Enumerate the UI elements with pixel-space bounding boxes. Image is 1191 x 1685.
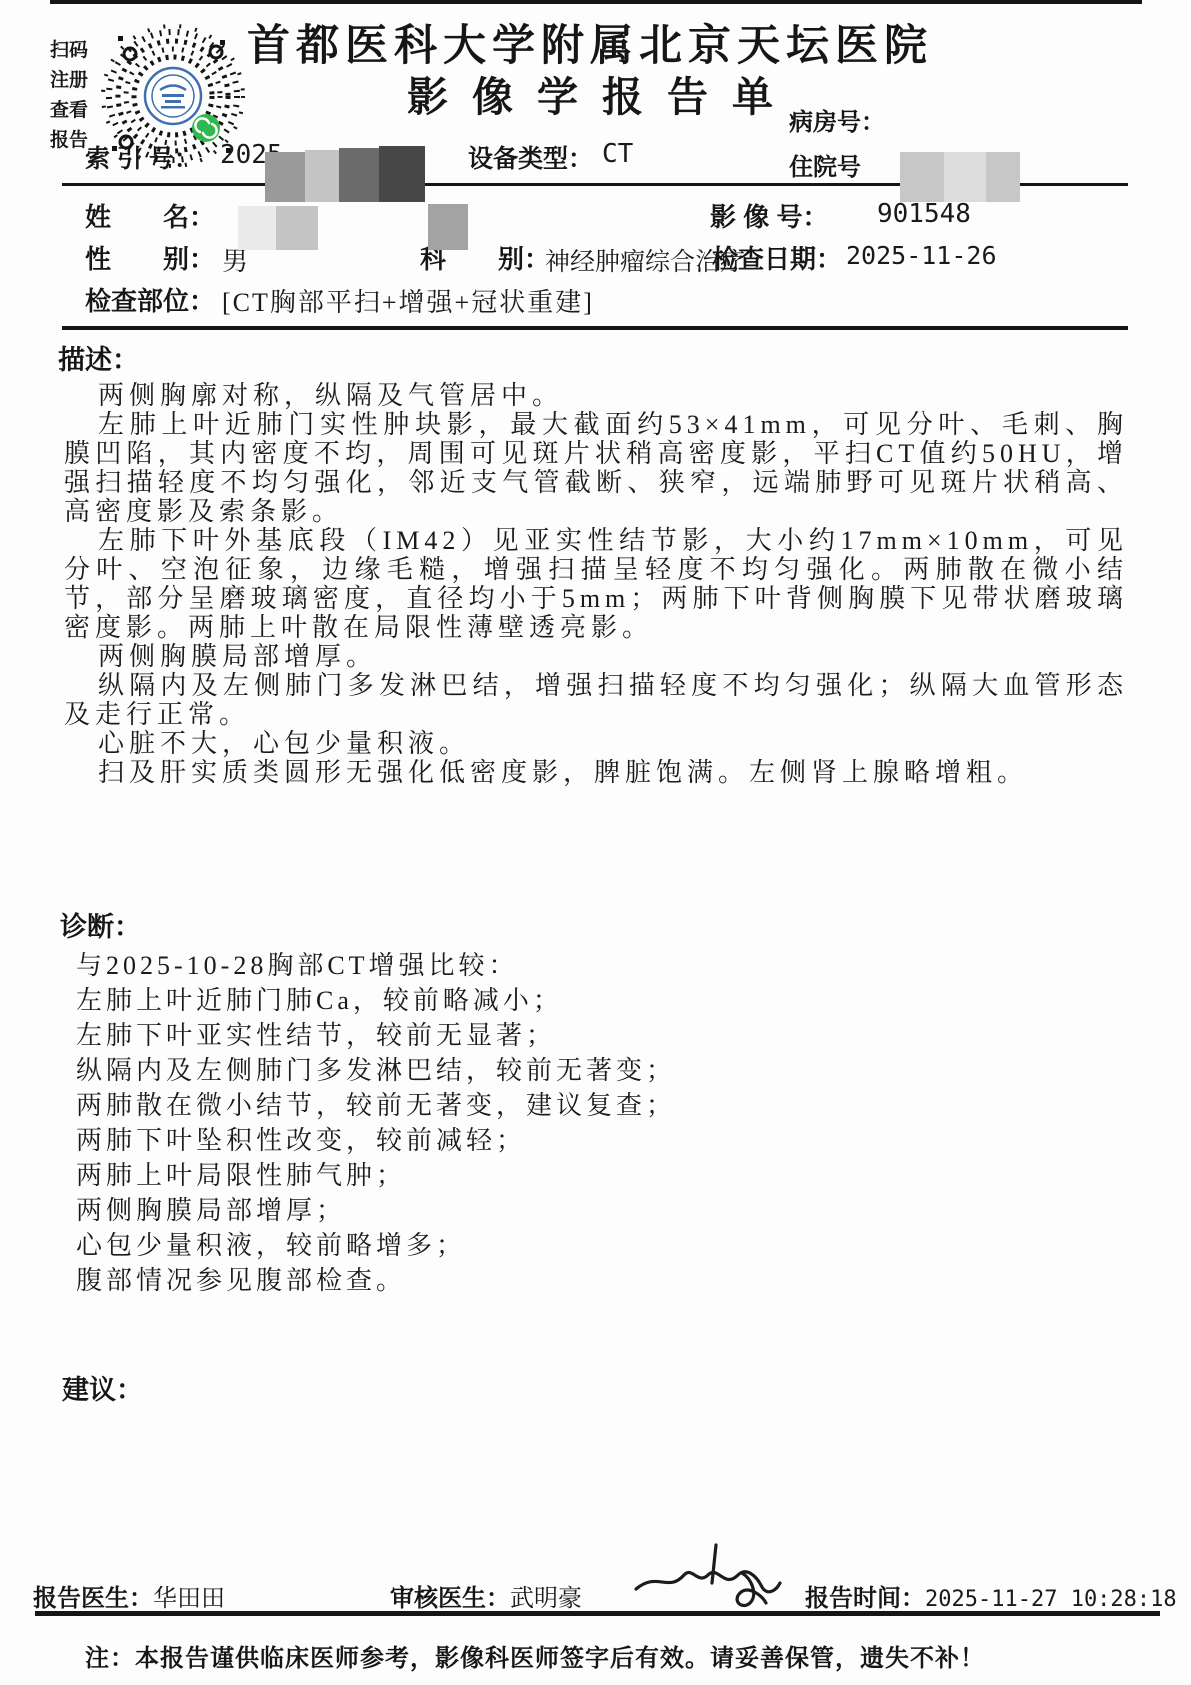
- redaction-block: [428, 204, 468, 250]
- report-time: 报告时间：2025-11-27 10:28:18: [805, 1578, 1177, 1613]
- description-paragraph: 两侧胸廓对称，纵隔及气管居中。: [64, 381, 1128, 410]
- section-separator-line: [62, 326, 1128, 330]
- hospital-seal-icon: [145, 68, 201, 124]
- redaction-block: [238, 206, 276, 250]
- description-paragraph: 左肺上叶近肺门实性肿块影，最大截面约53×41mm，可见分叶、毛刺、胸膜凹陷，其…: [64, 410, 1128, 526]
- signature-icon: [630, 1543, 800, 1615]
- diagnosis-line: 腹部情况参见腹部检查。: [76, 1263, 1126, 1298]
- description-text: 两侧胸廓对称，纵隔及气管居中。 左肺上叶近肺门实性肿块影，最大截面约53×41m…: [64, 381, 1128, 787]
- report-time-value: 2025-11-27 10:28:18: [925, 1587, 1177, 1612]
- description-paragraph: 扫及肝实质类圆形无强化低密度影，脾脏饱满。左侧肾上腺略增粗。: [64, 758, 1128, 787]
- diagnosis-line: 纵隔内及左侧肺门多发淋巴结，较前无著变；: [76, 1053, 1126, 1088]
- exam-date-label: 检查日期：: [712, 239, 842, 276]
- ward-no-label: 病房号：: [789, 102, 885, 137]
- wechat-channel-icon: [192, 114, 220, 142]
- redaction-block: [276, 206, 318, 250]
- diagnosis-line: 与2025-10-28胸部CT增强比较：: [76, 948, 1126, 983]
- report-time-label: 报告时间：: [805, 1585, 925, 1612]
- diagnosis-text: 与2025-10-28胸部CT增强比较： 左肺上叶近肺门肺Ca，较前略减小； 左…: [76, 948, 1126, 1298]
- report-doctor-label: 报告医生：: [33, 1585, 153, 1612]
- admission-no-label: 住院号: [789, 147, 861, 182]
- redaction-block: [379, 146, 425, 202]
- diagnosis-line: 左肺上叶近肺门肺Ca，较前略减小；: [76, 983, 1126, 1018]
- diagnosis-line: 心包少量积液，较前略增多；: [76, 1228, 1126, 1263]
- description-paragraph: 心脏不大，心包少量积液。: [64, 729, 1128, 758]
- description-label: 描述：: [58, 338, 139, 377]
- redaction-block: [986, 152, 1020, 202]
- exam-part-label: 检查部位：: [85, 281, 215, 318]
- diagnosis-line: 两肺散在微小结节，较前无著变，建议复查；: [76, 1088, 1126, 1123]
- diagnosis-line: 两肺上叶局限性肺气肿；: [76, 1158, 1126, 1193]
- top-edge-line: [50, 0, 1142, 4]
- redaction-block: [265, 152, 305, 202]
- description-paragraph: 纵隔内及左侧肺门多发淋巴结，增强扫描轻度不均匀强化；纵隔大血管形态及走行正常。: [64, 671, 1128, 729]
- imaging-report-page: 扫码 注册 查看 报告: [0, 0, 1191, 1685]
- redaction-block: [339, 148, 379, 202]
- suggestion-label: 建议：: [62, 1368, 143, 1407]
- review-doctor: 审核医生：武明豪: [390, 1578, 582, 1613]
- image-no-value: 901548: [877, 199, 971, 229]
- diagnosis-label: 诊断：: [60, 905, 141, 944]
- footer-separator-line: [35, 1611, 1160, 1616]
- review-doctor-label: 审核医生：: [390, 1585, 510, 1612]
- report-doctor-value: 华田田: [153, 1586, 225, 1612]
- description-paragraph: 两侧胸膜局部增厚。: [64, 642, 1128, 671]
- report-doctor: 报告医生：华田田: [33, 1578, 225, 1613]
- diagnosis-line: 两肺下叶坠积性改变，较前减轻；: [76, 1123, 1126, 1158]
- index-no-label: 索 引 号：: [85, 139, 199, 175]
- gender-label: 性 别：: [85, 239, 215, 276]
- review-doctor-value: 武明豪: [510, 1586, 582, 1612]
- name-label: 姓 名：: [85, 197, 215, 234]
- redaction-block: [305, 150, 339, 202]
- image-no-label: 影 像 号：: [710, 197, 828, 234]
- redaction-block: [900, 152, 944, 202]
- diagnosis-line: 两侧胸膜局部增厚；: [76, 1193, 1126, 1228]
- exam-part-value: [CT胸部平扫+增强+冠状重建]: [222, 282, 594, 319]
- exam-date-value: 2025-11-26: [846, 241, 997, 270]
- device-type-value: CT: [602, 139, 633, 169]
- device-type-label: 设备类型：: [468, 139, 593, 175]
- scan-hint-text: 扫码 注册 查看 报告: [46, 36, 92, 156]
- diagnosis-line: 左肺下叶亚实性结节，较前无显著；: [76, 1018, 1126, 1053]
- redaction-block: [944, 152, 986, 202]
- description-paragraph: 左肺下叶外基底段（IM42）见亚实性结节影，大小约17mm×10mm，可见分叶、…: [64, 526, 1128, 642]
- report-note: 注：本报告谨供临床医师参考，影像科医师签字后有效。请妥善保管，遗失不补！: [85, 1638, 985, 1673]
